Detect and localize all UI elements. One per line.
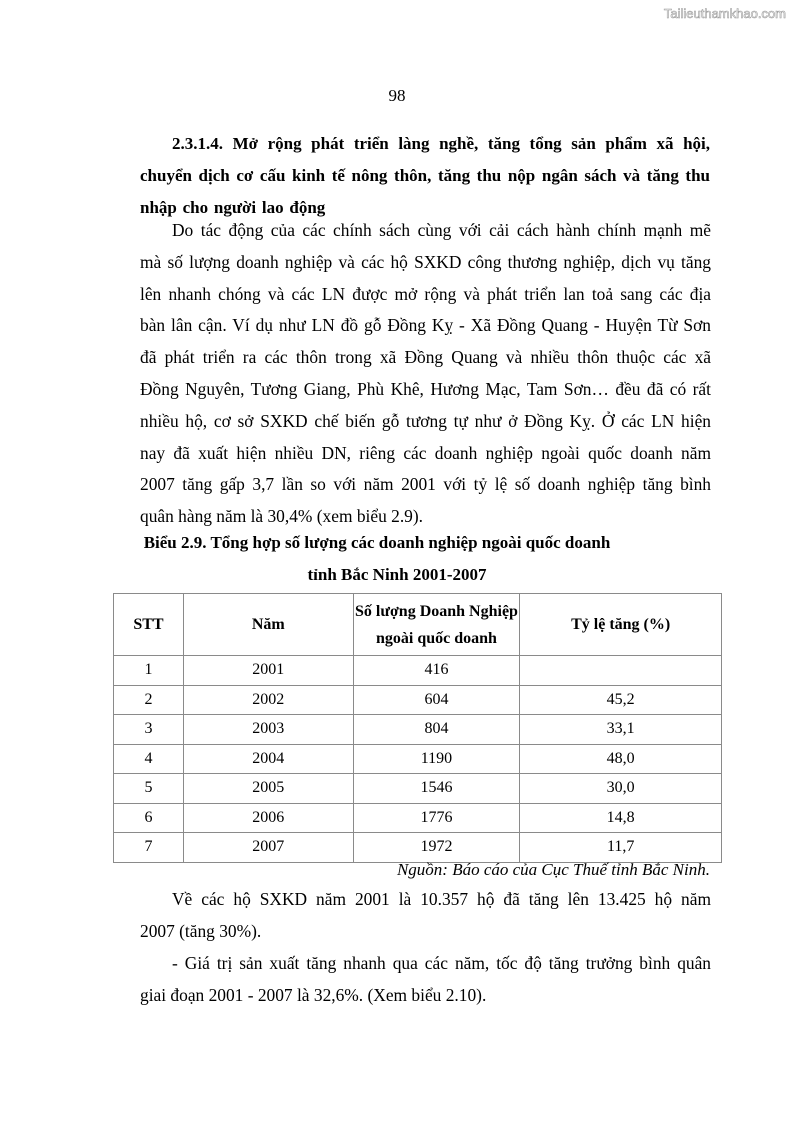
cell-count: 804	[353, 715, 520, 745]
cell-year: 2003	[183, 715, 353, 745]
text-line: 2007 tăng gấp 3,7 lần so với năm 2001 vớ…	[140, 469, 711, 501]
table-caption: Biểu 2.9. Tổng hợp số lượng các doanh ng…	[0, 529, 774, 557]
text-line: - Giá trị sản xuất tăng nhanh qua các nă…	[140, 948, 711, 980]
cell-year: 2001	[183, 656, 353, 686]
cell-stt: 6	[114, 803, 184, 833]
cell-year: 2006	[183, 803, 353, 833]
paragraph-households: Về các hộ SXKD năm 2001 là 10.357 hộ đã …	[140, 884, 711, 948]
cell-rate: 11,7	[520, 833, 722, 863]
text-line: Do tác động của các chính sách cùng với …	[140, 215, 711, 247]
table-row: 2 2002 604 45,2	[114, 685, 722, 715]
header-stt: STT	[114, 594, 184, 656]
cell-stt: 1	[114, 656, 184, 686]
cell-rate: 45,2	[520, 685, 722, 715]
cell-stt: 2	[114, 685, 184, 715]
table-row: 3 2003 804 33,1	[114, 715, 722, 745]
cell-year: 2002	[183, 685, 353, 715]
text-line: giai đoạn 2001 - 2007 là 32,6%. (Xem biể…	[140, 980, 711, 1012]
cell-count: 416	[353, 656, 520, 686]
cell-year: 2004	[183, 744, 353, 774]
cell-year: 2007	[183, 833, 353, 863]
cell-rate	[520, 656, 722, 686]
cell-rate: 14,8	[520, 803, 722, 833]
cell-stt: 4	[114, 744, 184, 774]
cell-stt: 7	[114, 833, 184, 863]
text-line: bàn lân cận. Ví dụ như LN đồ gỗ Đồng Kỵ …	[140, 310, 711, 342]
table-header-row: STT Năm Số lượng Doanh Nghiệp ngoài quốc…	[114, 594, 722, 656]
cell-count: 1546	[353, 774, 520, 804]
cell-count: 1190	[353, 744, 520, 774]
cell-stt: 3	[114, 715, 184, 745]
text-line: Về các hộ SXKD năm 2001 là 10.357 hộ đã …	[140, 884, 711, 916]
table-row: 5 2005 1546 30,0	[114, 774, 722, 804]
text-line: 2007 (tăng 30%).	[140, 916, 711, 948]
header-year: Năm	[183, 594, 353, 656]
watermark: Tailieuthamkhao.com	[664, 6, 786, 21]
text-line: mà số lượng doanh nghiệp và các hộ SXKD …	[140, 247, 711, 279]
enterprise-count-table: STT Năm Số lượng Doanh Nghiệp ngoài quốc…	[113, 593, 722, 863]
cell-count: 1972	[353, 833, 520, 863]
cell-rate: 48,0	[520, 744, 722, 774]
cell-count: 1776	[353, 803, 520, 833]
table-row: 1 2001 416	[114, 656, 722, 686]
cell-stt: 5	[114, 774, 184, 804]
paragraph-intro: Do tác động của các chính sách cùng với …	[140, 215, 711, 533]
text-line: lên nhanh chóng và các LN được mở rộng v…	[140, 279, 711, 311]
cell-count: 604	[353, 685, 520, 715]
text-line: nhiều hộ, cơ sở SXKD chế biến gỗ tương t…	[140, 406, 711, 438]
table-row: 7 2007 1972 11,7	[114, 833, 722, 863]
header-growth-rate: Tỷ lệ tăng (%)	[520, 594, 722, 656]
cell-year: 2005	[183, 774, 353, 804]
page-number: 98	[0, 86, 794, 106]
table-row: 6 2006 1776 14,8	[114, 803, 722, 833]
text-line: nay đã xuất hiện nhiều DN, riêng các doa…	[140, 438, 711, 470]
source-note: Nguồn: Báo cáo của Cục Thuế tỉnh Bắc Nin…	[397, 860, 710, 880]
text-line: đã phát triển ra các thôn trong xã Đồng …	[140, 342, 711, 374]
section-heading: 2.3.1.4. Mở rộng phát triển làng nghề, t…	[140, 128, 710, 224]
paragraph-production-value: - Giá trị sản xuất tăng nhanh qua các nă…	[140, 948, 711, 1012]
cell-rate: 30,0	[520, 774, 722, 804]
table-caption-subtitle: tỉnh Bắc Ninh 2001-2007	[0, 561, 794, 589]
text-line: Đồng Nguyên, Tương Giang, Phù Khê, Hương…	[140, 374, 711, 406]
header-enterprise-count: Số lượng Doanh Nghiệp ngoài quốc doanh	[353, 594, 520, 656]
cell-rate: 33,1	[520, 715, 722, 745]
table-row: 4 2004 1190 48,0	[114, 744, 722, 774]
